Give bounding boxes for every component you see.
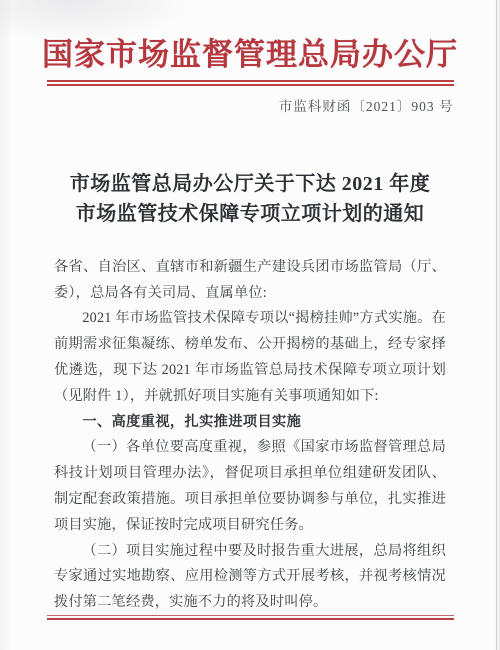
document-body: 各省、自治区、直辖市和新疆生产建设兵团市场监管局（厅、委），总局各有关司局、直属… — [54, 255, 446, 616]
document-number: 市监科财函〔2021〕903 号 — [47, 95, 454, 115]
agency-name-header: 国家市场监督管理总局办公厅 — [0, 0, 500, 75]
footer-double-rule — [47, 615, 454, 620]
section-1-heading: 一、高度重视，扎实推进项目实施 — [54, 410, 446, 436]
header-double-rule — [47, 80, 454, 86]
salutation-paragraph: 各省、自治区、直辖市和新疆生产建设兵团市场监管局（厅、委），总局各有关司局、直属… — [54, 255, 446, 307]
intro-paragraph: 2021 年市场监管技术保障专项以“揭榜挂帅”方式实施。在前期需求征集凝练、榜单… — [54, 306, 446, 409]
notice-title-line-2: 市场监管技术保障专项立项计划的通知 — [0, 199, 500, 229]
notice-title-line-1: 市场监管总局办公厅关于下达 2021 年度 — [0, 169, 500, 199]
official-document-page: 国家市场监督管理总局办公厅 市监科财函〔2021〕903 号 市场监管总局办公厅… — [0, 0, 500, 650]
notice-title: 市场监管总局办公厅关于下达 2021 年度 市场监管技术保障专项立项计划的通知 — [0, 169, 500, 229]
item-2-paragraph: （二）项目实施过程中要及时报告重大进展，总局将组织专家通过实地勘察、应用检测等方… — [54, 539, 446, 616]
scan-page-edge — [496, 0, 497, 650]
item-1-paragraph: （一）各单位要高度重视，参照《国家市场监督管理总局科技计划项目管理办法》，督促项… — [54, 435, 446, 538]
